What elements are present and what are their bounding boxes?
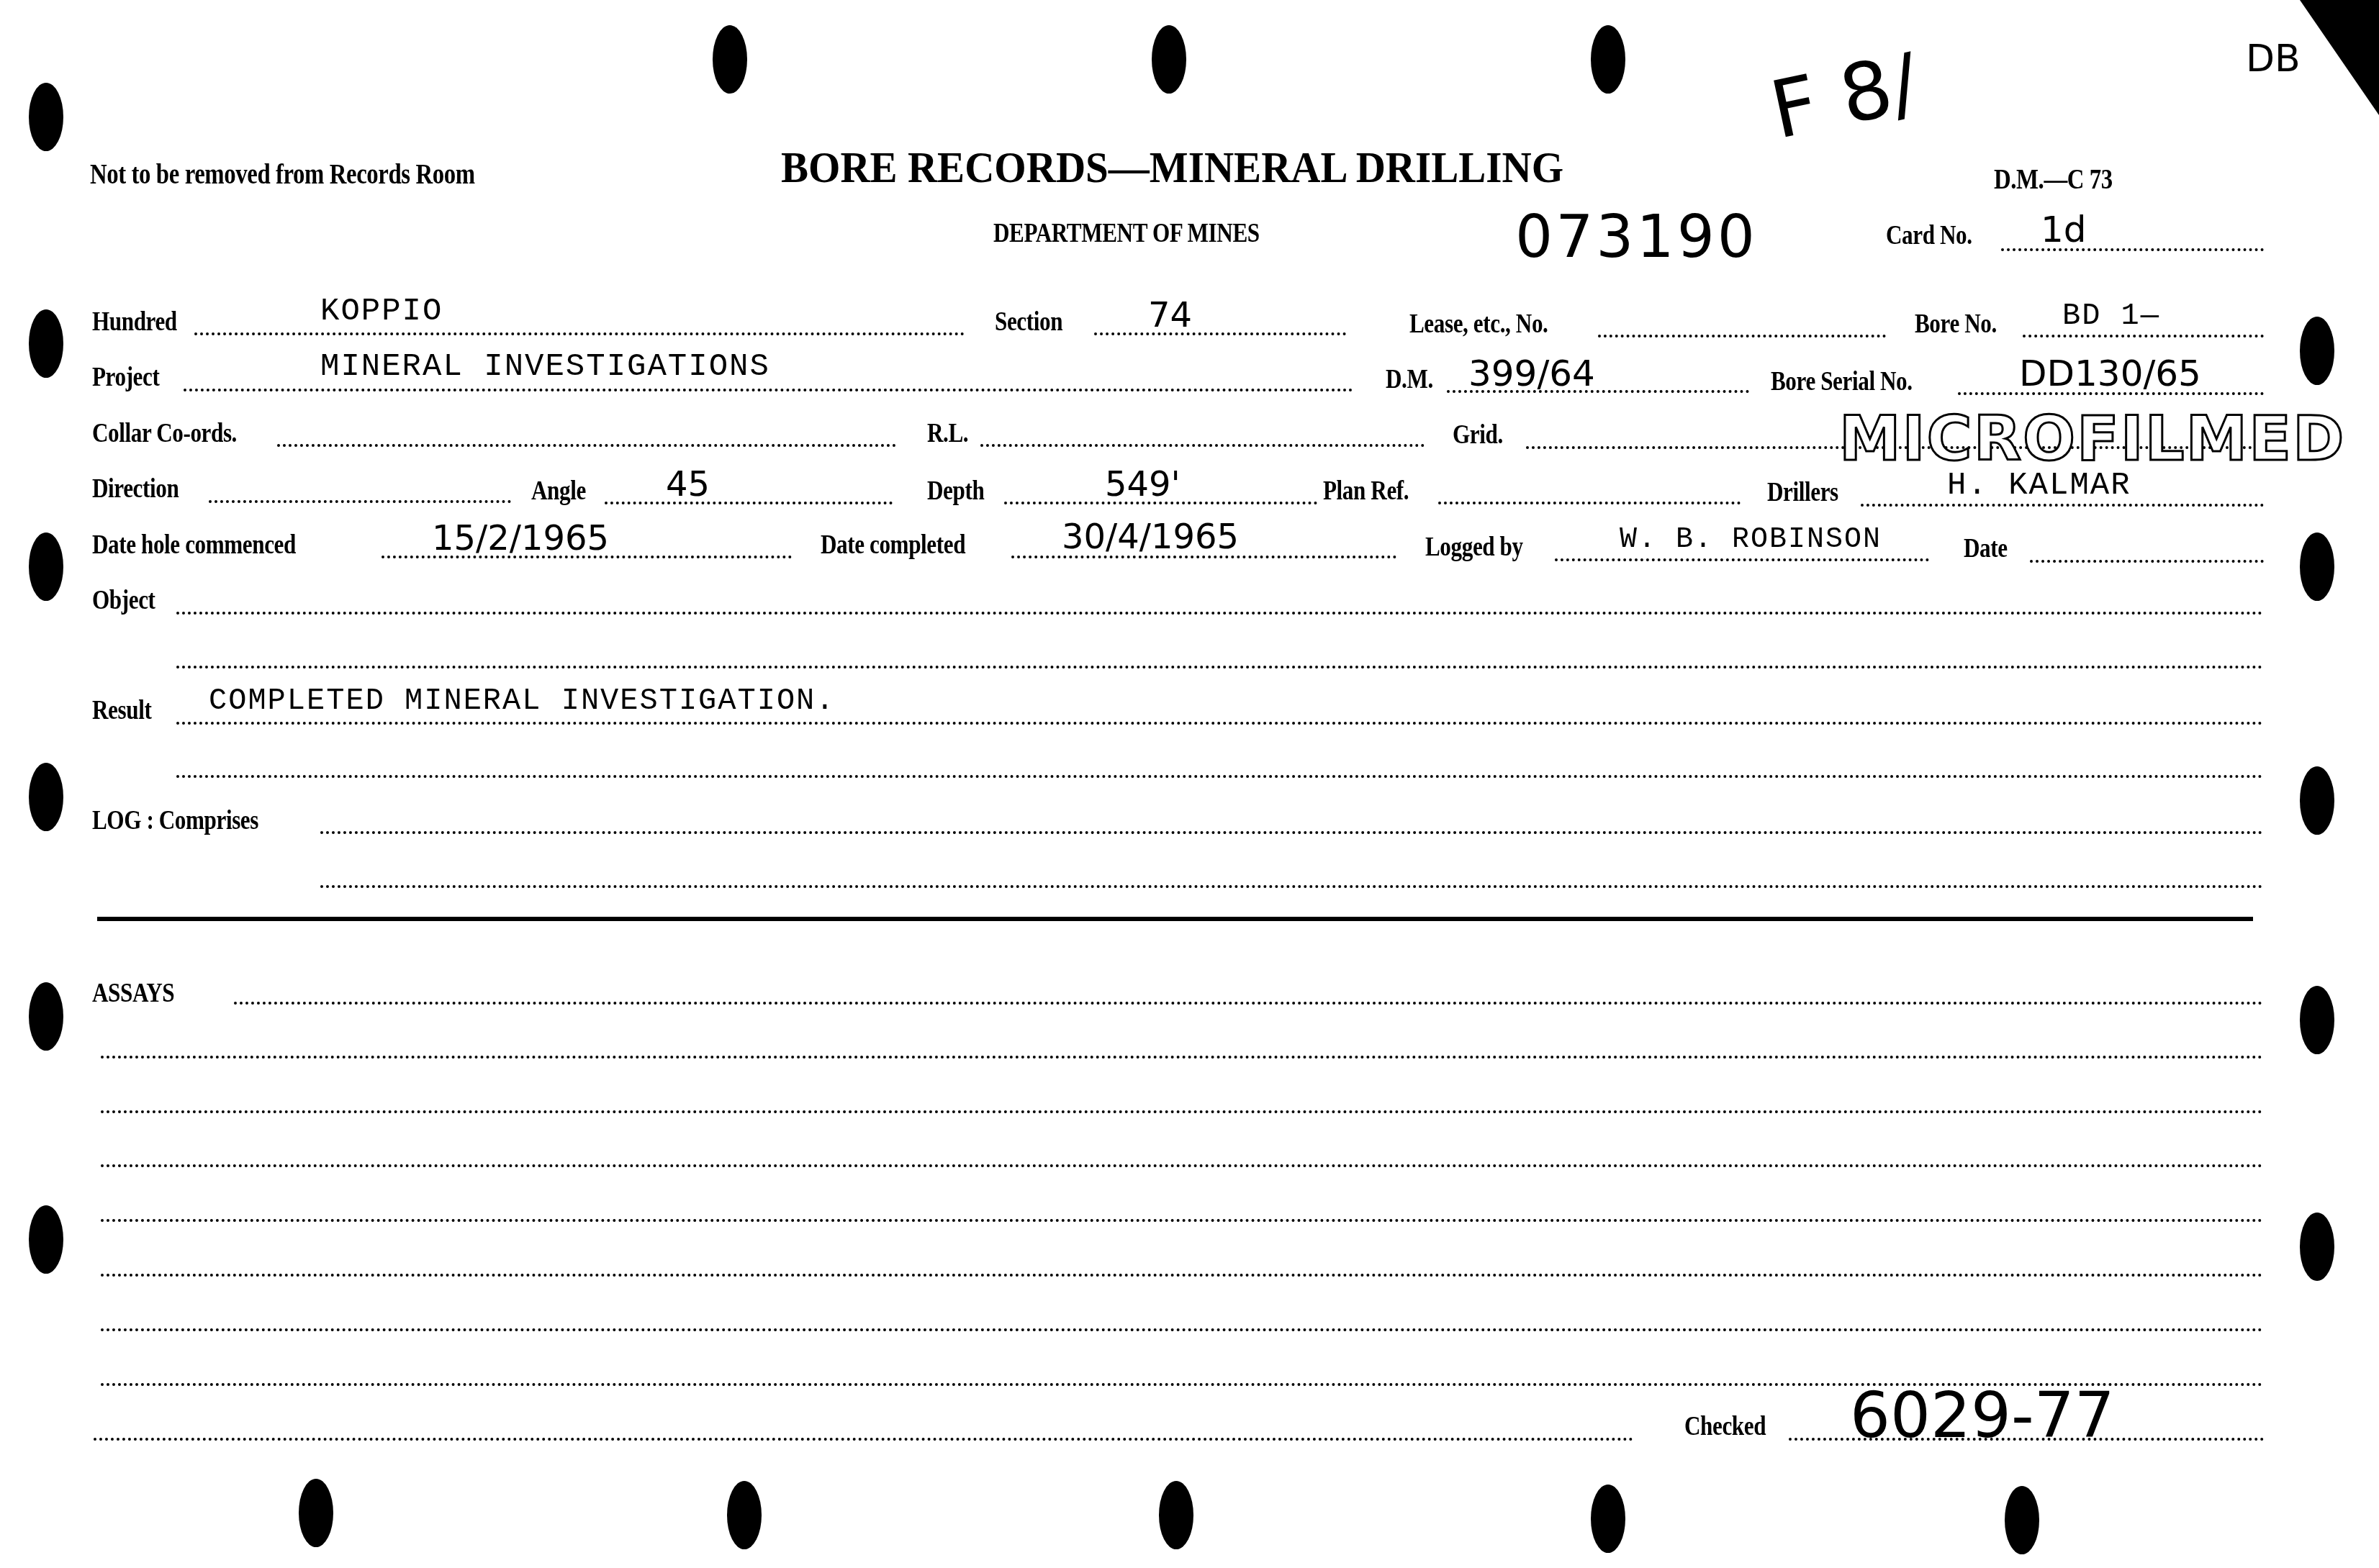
angle-label: Angle xyxy=(531,475,586,507)
dm-label: D.M. xyxy=(1386,363,1433,395)
punch-hole xyxy=(1159,1481,1193,1549)
object-line-1[interactable] xyxy=(176,612,2264,615)
direction-label: Direction xyxy=(92,473,179,504)
card-no-value: 1d xyxy=(2041,209,2087,250)
hundred-line xyxy=(194,332,965,335)
date-commenced-label: Date hole commenced xyxy=(92,529,296,561)
card-corner-cut xyxy=(2300,0,2379,115)
result-label: Result xyxy=(92,694,151,726)
record-number: 073190 xyxy=(1515,203,1758,271)
assays-line-7[interactable] xyxy=(101,1328,2264,1331)
angle-line xyxy=(605,502,893,504)
punch-hole xyxy=(2300,766,2334,835)
logged-by-value[interactable]: W. B. ROBINSON xyxy=(1620,524,1882,556)
result-line-2[interactable] xyxy=(176,775,2264,778)
project-label: Project xyxy=(92,361,159,393)
drillers-line xyxy=(1861,504,2264,507)
microfilmed-stamp: MICROFILMED xyxy=(1839,403,2345,475)
log-line-1[interactable] xyxy=(320,831,2264,834)
assays-line-5[interactable] xyxy=(101,1219,2264,1222)
date-completed-value[interactable]: 30/4/1965 xyxy=(1062,517,1239,557)
section-value[interactable]: 74 xyxy=(1148,295,1192,335)
depth-label: Depth xyxy=(927,475,984,507)
grid-label: Grid. xyxy=(1453,419,1503,450)
punch-hole xyxy=(2005,1486,2039,1554)
result-line-1 xyxy=(176,722,2264,725)
bore-serial-value[interactable]: DD130/65 xyxy=(2019,353,2201,394)
lease-label: Lease, etc., No. xyxy=(1409,308,1548,340)
punch-hole xyxy=(29,763,63,831)
punch-hole xyxy=(2300,986,2334,1054)
assays-label: ASSAYS xyxy=(92,977,174,1009)
project-line xyxy=(184,389,1353,391)
bore-no-value[interactable]: BD 1— xyxy=(2062,299,2160,333)
collar-coords-label: Collar Co-ords. xyxy=(92,417,237,449)
punch-hole xyxy=(299,1479,333,1547)
lease-line[interactable] xyxy=(1598,335,1886,337)
bore-serial-label: Bore Serial No. xyxy=(1771,366,1913,397)
section-divider xyxy=(97,917,2253,921)
drillers-value[interactable]: H. KALMAR xyxy=(1947,468,2131,504)
card-no-label: Card No. xyxy=(1886,219,1972,251)
punch-hole xyxy=(727,1481,762,1549)
punch-hole xyxy=(29,982,63,1051)
dm-value[interactable]: 399/64 xyxy=(1468,353,1595,394)
logged-by-line xyxy=(1555,558,1929,561)
date-label: Date xyxy=(1964,533,2008,564)
rl-label: R.L. xyxy=(927,417,968,449)
project-value[interactable]: MINERAL INVESTIGATIONS xyxy=(320,349,770,385)
log-line-2[interactable] xyxy=(320,885,2264,888)
plan-ref-line[interactable] xyxy=(1438,502,1741,504)
initials: DB xyxy=(2246,37,2301,81)
drillers-label: Drillers xyxy=(1767,476,1838,508)
section-label: Section xyxy=(995,306,1062,337)
date-completed-label: Date completed xyxy=(821,529,965,561)
punch-hole xyxy=(29,1205,63,1274)
assays-line-1[interactable] xyxy=(234,1002,2264,1005)
rl-line[interactable] xyxy=(980,444,1425,447)
hundred-value[interactable]: KOPPIO xyxy=(320,294,443,330)
log-label: LOG : Comprises xyxy=(92,805,258,836)
date-commenced-value[interactable]: 15/2/1965 xyxy=(432,518,609,558)
bore-no-label: Bore No. xyxy=(1915,308,1997,340)
depth-value[interactable]: 549' xyxy=(1105,464,1181,504)
collar-coords-line[interactable] xyxy=(277,444,896,447)
punch-hole xyxy=(2300,317,2334,385)
records-room-notice: Not to be removed from Records Room xyxy=(90,157,475,191)
assays-line-4[interactable] xyxy=(101,1164,2264,1167)
punch-hole xyxy=(2300,533,2334,601)
assays-line-6[interactable] xyxy=(101,1274,2264,1277)
angle-value[interactable]: 45 xyxy=(666,464,710,504)
punch-hole xyxy=(1591,1485,1625,1553)
punch-hole xyxy=(29,533,63,601)
plan-ref-label: Plan Ref. xyxy=(1323,475,1409,507)
checked-label: Checked xyxy=(1684,1410,1766,1442)
form-code: D.M.—C 73 xyxy=(1994,162,2113,196)
punch-hole xyxy=(1591,25,1625,94)
section-line xyxy=(1094,332,1346,335)
assays-line-3[interactable] xyxy=(101,1110,2264,1113)
date-line[interactable] xyxy=(2030,560,2264,563)
assays-line-9[interactable] xyxy=(94,1438,1634,1441)
result-value[interactable]: COMPLETED MINERAL INVESTIGATION. xyxy=(209,684,836,718)
handwritten-annotation: F 8/ xyxy=(1763,36,1926,157)
direction-line[interactable] xyxy=(209,500,511,503)
punch-hole xyxy=(1152,25,1186,94)
bore-no-line xyxy=(2023,335,2264,337)
department-name: DEPARTMENT OF MINES xyxy=(993,217,1260,249)
punch-hole xyxy=(2300,1213,2334,1281)
punch-hole xyxy=(29,309,63,378)
punch-hole xyxy=(29,83,63,151)
logged-by-label: Logged by xyxy=(1425,531,1523,563)
object-label: Object xyxy=(92,584,155,616)
object-line-2[interactable] xyxy=(176,666,2264,669)
page-title: BORE RECORDS—MINERAL DRILLING xyxy=(781,142,1563,194)
hundred-label: Hundred xyxy=(92,306,177,337)
checked-value[interactable]: 6029-77 xyxy=(1850,1378,2115,1452)
punch-hole xyxy=(713,25,747,94)
assays-line-2[interactable] xyxy=(101,1056,2264,1059)
